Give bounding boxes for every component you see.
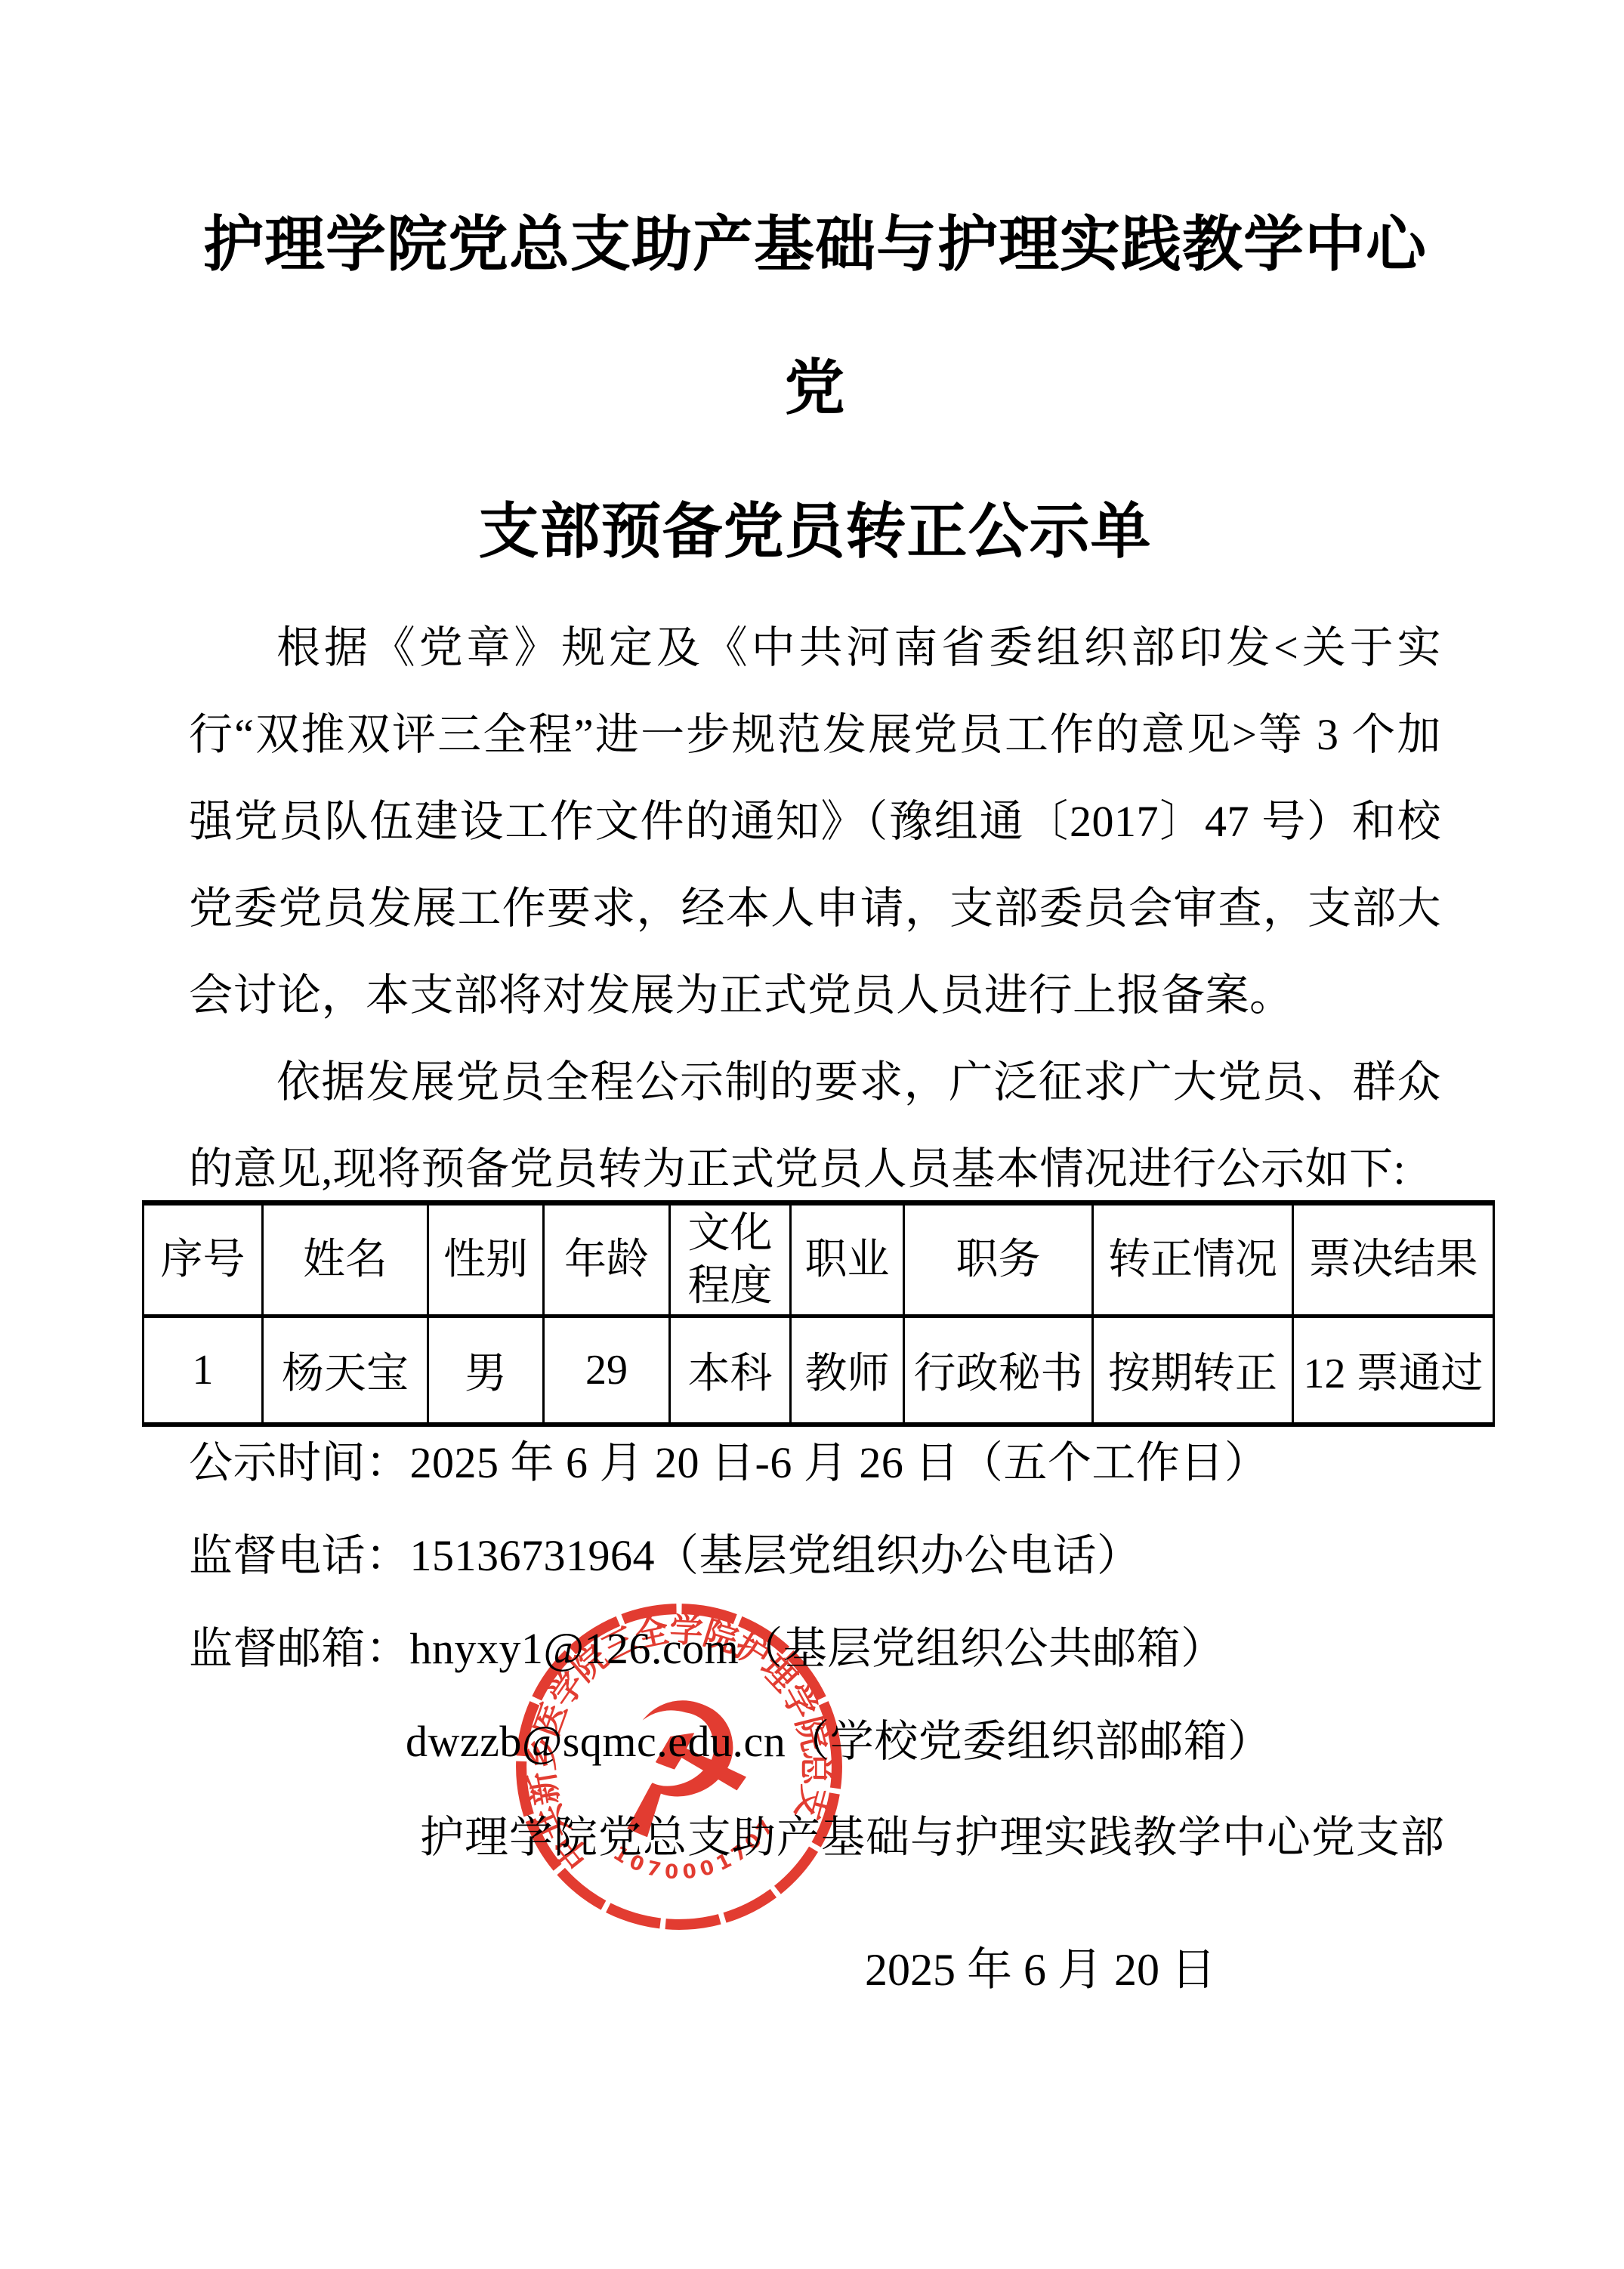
col-header-education: 文化程度 xyxy=(670,1203,791,1317)
title-line-1: 护理学院党总支助产基础与护理实践教学中心党 xyxy=(189,174,1441,461)
member-roster-table: 序号 姓名 性别 年龄 文化程度 职业 职务 转正情况 票决结果 1 杨天宝 男… xyxy=(142,1200,1495,1427)
cell-gender: 男 xyxy=(428,1317,544,1425)
cell-education: 本科 xyxy=(670,1317,791,1425)
cell-conversion-status: 按期转正 xyxy=(1093,1317,1293,1425)
col-header-conversion-status: 转正情况 xyxy=(1093,1203,1293,1317)
paragraph-basis: 根据《党章》规定及《中共河南省委组织部印发<关于实行“双推双评三全程”进一步规范… xyxy=(189,604,1441,1039)
cell-name: 杨天宝 xyxy=(263,1317,428,1425)
col-header-gender: 性别 xyxy=(428,1203,544,1317)
col-header-position: 职务 xyxy=(904,1203,1093,1317)
table-row: 1 杨天宝 男 29 本科 教师 行政秘书 按期转正 12 票通过 xyxy=(144,1317,1494,1425)
cell-position: 行政秘书 xyxy=(904,1317,1093,1425)
col-header-serial: 序号 xyxy=(144,1203,263,1317)
paragraph-announcement: 依据发展党员全程公示制的要求，广泛征求广大党员、群众的意见,现将预备党员转为正式… xyxy=(189,1039,1441,1212)
document-page: 护理学院党总支助产基础与护理实践教学中心党 支部预备党员转正公示单 根据《党章》… xyxy=(0,0,1624,2269)
note-publicity-period: 公示时间：2025 年 6 月 20 日-6 月 26 日（五个工作日） xyxy=(189,1416,1441,1509)
title-line-2: 支部预备党员转正公示单 xyxy=(189,461,1441,604)
document-title: 护理学院党总支助产基础与护理实践教学中心党 支部预备党员转正公示单 xyxy=(189,174,1441,604)
col-header-age: 年龄 xyxy=(544,1203,670,1317)
cell-vote-result: 12 票通过 xyxy=(1293,1317,1494,1425)
cell-age: 29 xyxy=(544,1317,670,1425)
official-seal: 中共新乡医学院三全学院护理学院总支委员会 ☭ 410700017074 xyxy=(472,1560,886,1974)
col-header-name: 姓名 xyxy=(263,1203,428,1317)
cell-occupation: 教师 xyxy=(791,1317,904,1425)
col-header-vote-result: 票决结果 xyxy=(1293,1203,1494,1317)
col-header-occupation: 职业 xyxy=(791,1203,904,1317)
signature-date: 2025 年 6 月 20 日 xyxy=(865,1934,1216,1999)
cell-serial: 1 xyxy=(144,1317,263,1425)
document-content: 护理学院党总支助产基础与护理实践教学中心党 支部预备党员转正公示单 根据《党章》… xyxy=(0,174,1624,1788)
table-header-row: 序号 姓名 性别 年龄 文化程度 职业 职务 转正情况 票决结果 xyxy=(144,1203,1494,1317)
